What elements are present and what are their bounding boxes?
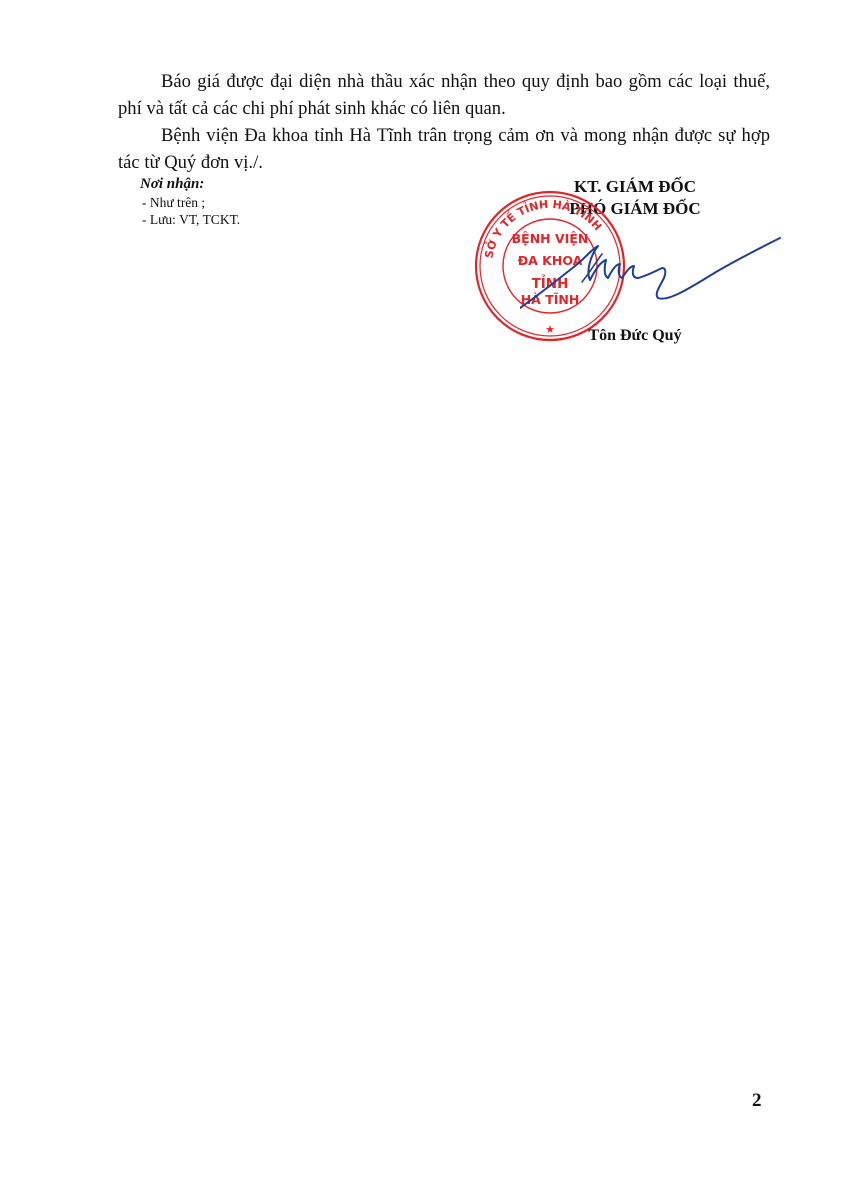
paragraph-thanks: Bệnh viện Đa khoa tỉnh Hà Tĩnh trân trọn… <box>118 122 770 176</box>
recipient-item: - Như trên ; <box>142 194 240 211</box>
recipients-block: Nơi nhận: - Như trên ; - Lưu: VT, TCKT. <box>138 176 240 228</box>
recipient-item: - Lưu: VT, TCKT. <box>142 211 240 228</box>
document-page: Báo giá được đại diện nhà thầu xác nhận … <box>0 0 848 1200</box>
paragraph-quote-terms: Báo giá được đại diện nhà thầu xác nhận … <box>118 68 770 122</box>
handwritten-signature-icon <box>520 232 790 312</box>
signer-name: Tôn Đức Quý <box>520 327 750 345</box>
recipients-title: Nơi nhận: <box>140 176 240 193</box>
page-number: 2 <box>752 1090 762 1112</box>
